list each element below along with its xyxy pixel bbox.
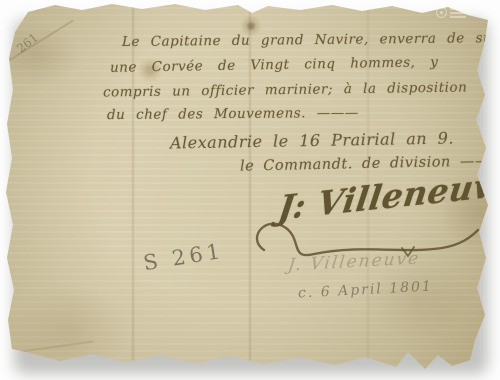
letter-line-3: compris un officier marinier; à la dispo… bbox=[103, 79, 467, 100]
manuscript-photo: Le Capitaine du grand Navire, enverra de… bbox=[0, 0, 500, 380]
magnifier-lens-icon bbox=[436, 7, 447, 18]
letter-dateline: Alexandrie le 16 Prairial an 9. bbox=[170, 129, 454, 153]
aged-paper-sheet: Le Capitaine du grand Navire, enverra de… bbox=[0, 0, 500, 380]
corner-fold-crease bbox=[14, 340, 93, 353]
letter-line-1: Le Capitaine du grand Navire, enverra de… bbox=[122, 30, 500, 50]
catalog-number: S 261 bbox=[142, 239, 226, 275]
letter-line-4: du chef des Mouvemens. ——— bbox=[107, 105, 359, 123]
magnifier-watermark-icon bbox=[436, 7, 466, 18]
watermark-text-lines bbox=[450, 8, 466, 18]
corner-number: 261 bbox=[14, 30, 41, 55]
vertical-fold-crease bbox=[131, 0, 135, 380]
letter-line-2: une Corvée de Vingt cinq hommes, y bbox=[110, 54, 439, 76]
